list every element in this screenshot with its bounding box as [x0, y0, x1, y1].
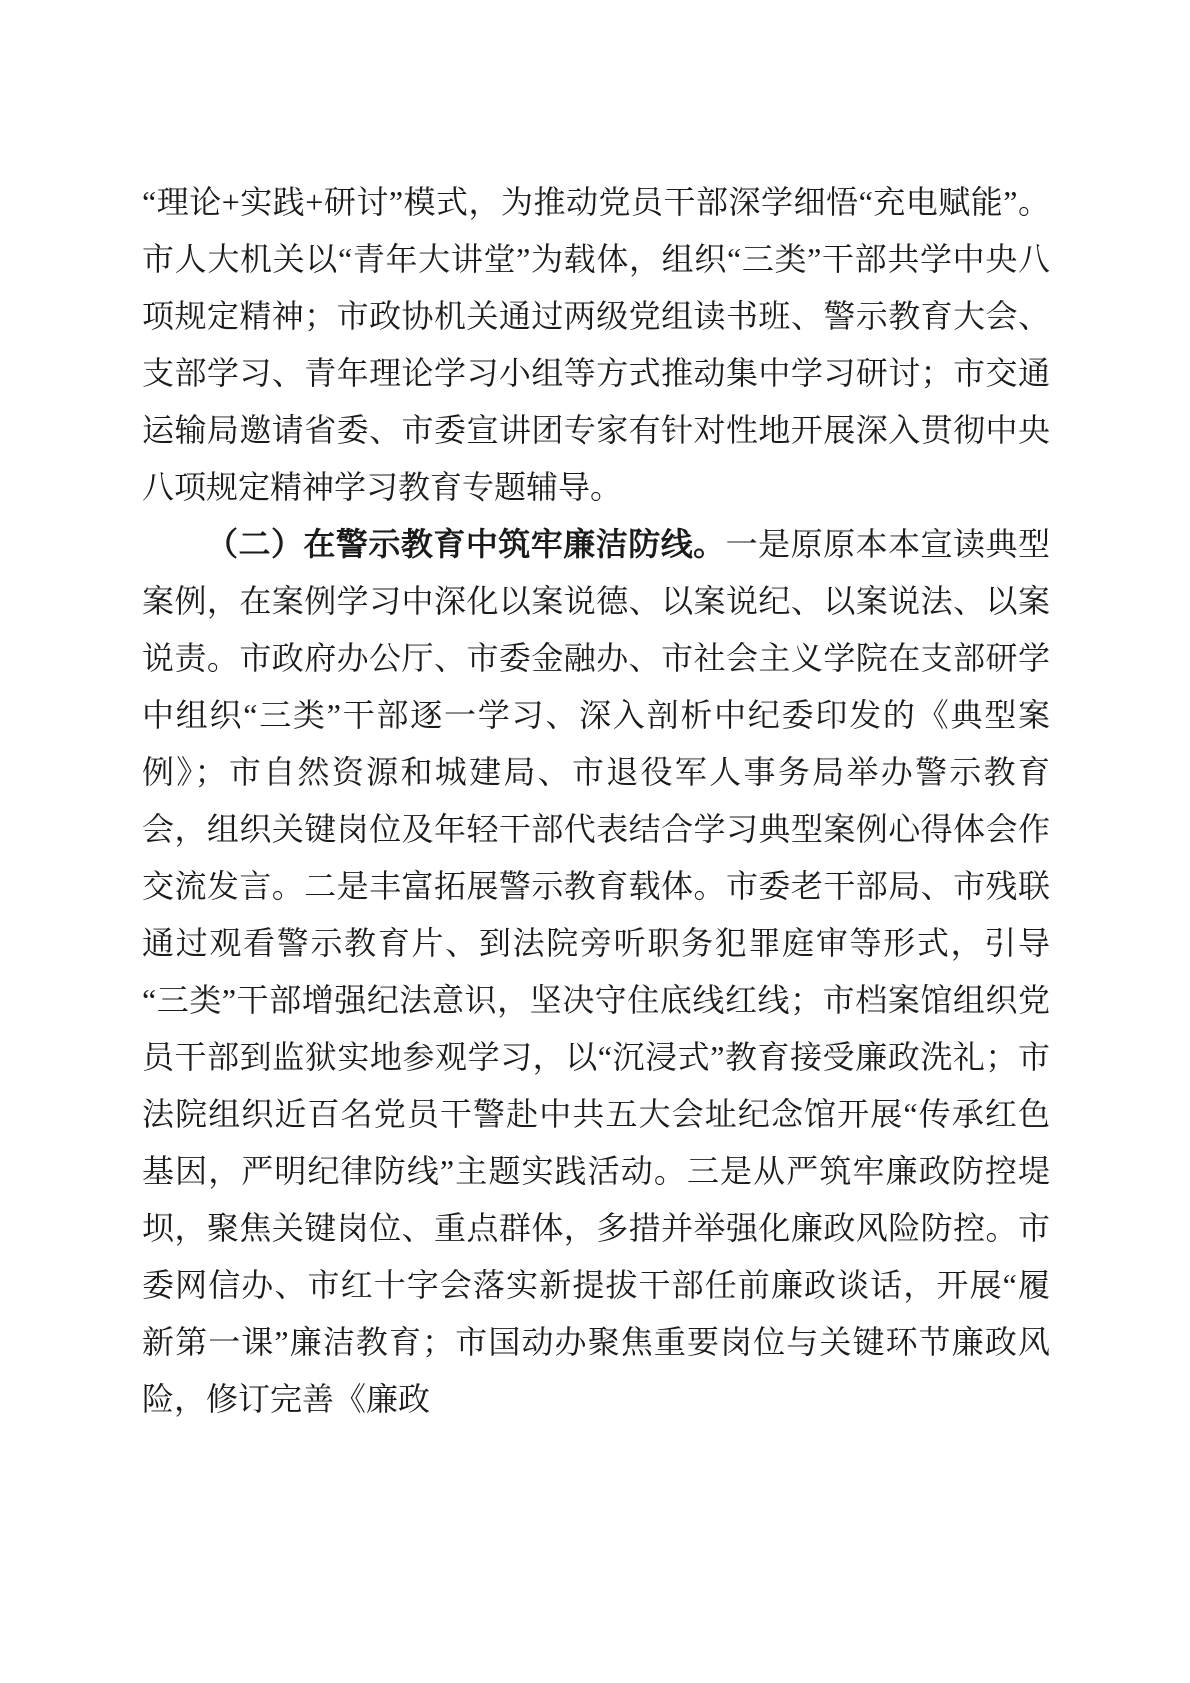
paragraph-continuation: “理论+实践+研讨”模式，为推动党员干部深学细悟“充电赋能”。市人大机关以“青年…	[142, 174, 1050, 516]
section-heading: （二）在警示教育中筑牢廉洁防线。	[206, 526, 726, 562]
body-text: “理论+实践+研讨”模式，为推动党员干部深学细悟“充电赋能”。市人大机关以“青年…	[142, 184, 1050, 505]
text-block: “理论+实践+研讨”模式，为推动党员干部深学细悟“充电赋能”。市人大机关以“青年…	[142, 174, 1050, 1428]
paragraph-section-2: （二）在警示教育中筑牢廉洁防线。一是原原本本宣读典型案例，在案例学习中深化以案说…	[142, 516, 1050, 1428]
body-text: 一是原原本本宣读典型案例，在案例学习中深化以案说德、以案说纪、以案说法、以案说责…	[142, 526, 1050, 1417]
document-page: “理论+实践+研讨”模式，为推动党员干部深学细悟“充电赋能”。市人大机关以“青年…	[0, 0, 1190, 1683]
